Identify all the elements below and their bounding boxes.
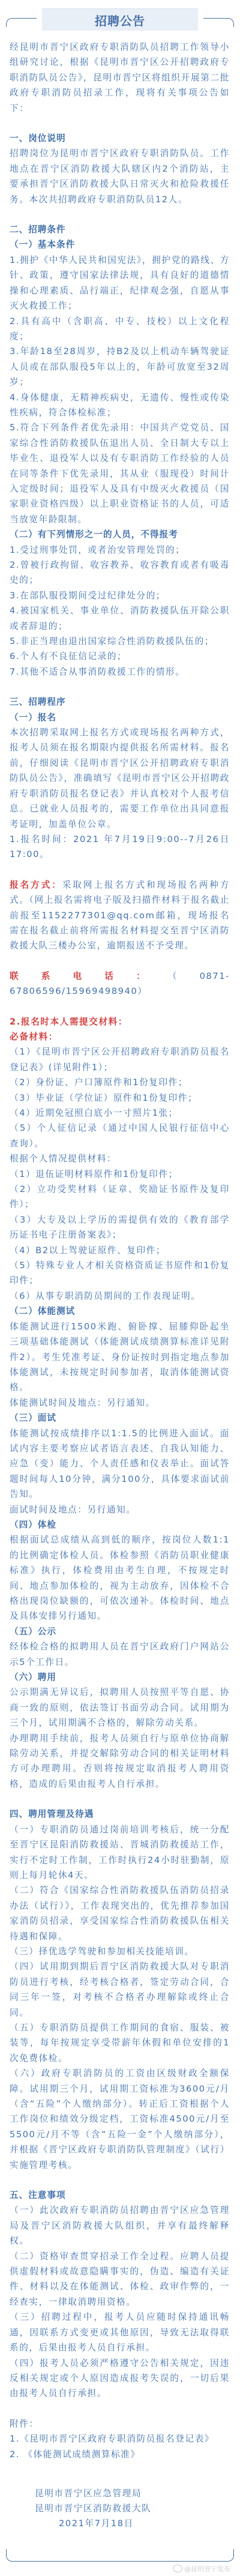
frame-bottom bbox=[6, 2549, 234, 2562]
list-item: （三）择优选学驾驶和参加相关技能培训。 bbox=[10, 1944, 230, 1959]
registration-method-text: 采取网上报名方式和现场报名两种方式。（网上报名需将电子版及扫描件材料于报名截止前… bbox=[10, 880, 230, 951]
subheading-fitness-test: （二）体能测试 bbox=[10, 1304, 230, 1319]
contact-phone-numbers: 67806596/15969498940） bbox=[10, 984, 230, 999]
contact-phone-row: 联 系 电 话 ： （ 0871- bbox=[10, 969, 230, 984]
registration-paragraph: 本次招聘采取网上报名方式或现场报名两种方式，报考人员须在报名期限内提供报名所需材… bbox=[10, 725, 230, 832]
list-item: （四）试用期到期后晋宁区消防救援大队对专职消防员进行考核，经考核合格者，签定劳动… bbox=[10, 1959, 230, 2020]
attachment-link[interactable]: 1.《昆明市晋宁区政府专职消防员报名登记表》 bbox=[10, 2431, 230, 2446]
list-item: （三）招聘过程中，报考人员应随时保持通讯畅通，因联系方式变更或其他原因，导致无法… bbox=[10, 2310, 230, 2355]
frame-corner-right bbox=[203, 18, 234, 27]
list-item: （3）毕业证（学位证）原件和1份复印件； bbox=[10, 1091, 230, 1106]
signature-org-1: 昆明市晋宁区应急管理局 bbox=[35, 2486, 240, 2501]
list-item: 4.被国家机关、事业单位、消防救援队伍开除公职或者辞退的； bbox=[10, 603, 230, 634]
weibo-icon bbox=[173, 2565, 182, 2572]
registration-method-label: 报名方式： bbox=[10, 880, 62, 890]
required-materials-heading: 必备材料： bbox=[10, 1029, 230, 1044]
list-item: （二）资格审查贯穿招录工作全过程。应聘人员提供虚假材料或故意隐瞒事实的，伪造、编… bbox=[10, 2249, 230, 2310]
watermark: @昆明晋宁发布 bbox=[173, 2564, 230, 2574]
registration-time: 1.报名时间：2021 年7月19日9:00--7月26日17:00。 bbox=[10, 832, 230, 862]
materials-heading: 2.报名时本人需提交材料： bbox=[10, 1014, 230, 1029]
section-heading-positions: 一、岗位说明 bbox=[10, 131, 230, 146]
subheading-medical: （四）体检 bbox=[10, 1517, 230, 1532]
registration-method: 报名方式：采取网上报名方式和现场报名两种方式。（网上报名需将电子版及扫描件材料于… bbox=[10, 877, 230, 954]
section-heading-procedure: 三、招聘程序 bbox=[10, 694, 230, 709]
list-item: （一）此次政府专职消防员招聘由晋宁区应急管理局及晋宁区消防救援大队组织，并享有最… bbox=[10, 2203, 230, 2248]
fitness-paragraph: 体能测试进行1500米跑、俯卧撑、屈膝仰卧起坐三项基础体能测试（体能测试成绩测算… bbox=[10, 1319, 230, 1395]
list-item: 6.个人有不良征信记录的； bbox=[10, 649, 230, 664]
list-item: （5）特殊专业人才相关资格资质证书原件和1份复印件； bbox=[10, 1258, 230, 1289]
list-item: 7.其他不适合从事消防救援工作的情形。 bbox=[10, 664, 230, 679]
list-item: （1）退伍证明材料原件和1份复印件； bbox=[10, 1167, 230, 1182]
hiring-paragraph-2: 办理聘用手续前，报考人员须自行与原单位协商解除劳动关系，并提交解除劳动合同的相关… bbox=[10, 1731, 230, 1792]
interview-time-place: 面试时间及地点：另行通知。 bbox=[10, 1502, 230, 1517]
positions-paragraph: 招聘岗位为昆明市晋宁区政府专职消防队员。工作地点在晋宁区消防救援大队辖区内2个消… bbox=[10, 146, 230, 207]
signature-block: 昆明市晋宁区应急管理局 昆明市晋宁区消防救援大队 2021年7月18日 bbox=[0, 2486, 240, 2531]
watermark-text: @昆明晋宁发布 bbox=[184, 2564, 230, 2574]
optional-materials-heading: 根据个人情况提供材料： bbox=[10, 1151, 230, 1166]
subheading-publicity: （五）公示 bbox=[10, 1624, 230, 1639]
list-item: 3.在部队服役期间受过纪律处分的； bbox=[10, 588, 230, 603]
attachment-link[interactable]: 2. 《体能测试成绩测算标准》 bbox=[10, 2447, 230, 2462]
contact-phone: 0871- bbox=[200, 969, 230, 984]
hiring-paragraph-1: 公示期满无异议后，拟聘用人员按照平等自愿、协商一致的原则，依法签订书面劳动合同。… bbox=[10, 1685, 230, 1730]
section-heading-requirements: 二、招聘条件 bbox=[10, 222, 230, 237]
list-item: 3.年龄18至28周岁，持B2及以上机动车辆驾驶证人员或在部队服役5年以上的，年… bbox=[10, 344, 230, 390]
list-item: 4.身体健康，无精神疾病史，无遗传、慢性或传染性疾病，符合体检标准； bbox=[10, 390, 230, 421]
list-item: （一）专职消防员通过岗前培训考核后，统一分配至晋宁区昆阳消防救援站、晋城消防救援… bbox=[10, 1822, 230, 1883]
list-item: （四）报考人员必须严格遵守公告相关规定，因违反相关规定或个人原因造成报考失误的，… bbox=[10, 2356, 230, 2401]
list-item: （6）从事专职消防员期间的工作表现证明。 bbox=[10, 1289, 230, 1304]
list-item: （4）B2以上驾驶证原件、复印件； bbox=[10, 1243, 230, 1258]
list-item: （5）个人征信记录（通过中国人民银行征信中心查询）。 bbox=[10, 1121, 230, 1151]
list-item: （1）《昆明市晋宁区公开招聘政府专职消防员报名登记表》(详见附件1）； bbox=[10, 1044, 230, 1075]
list-item: （六）政府专职消防员的工资由区级财政全额保障。试用期三个月，试用期工资标准为36… bbox=[10, 2066, 230, 2173]
fitness-time-place: 体能测试时间及地点：另行通知。 bbox=[10, 1395, 230, 1410]
list-item: （2）立功受奖材料（证章、奖励证书原件及复印件）； bbox=[10, 1182, 230, 1212]
subheading-interview: （三）面试 bbox=[10, 1410, 230, 1425]
frame-corner-left bbox=[6, 18, 37, 27]
signature-org-2: 昆明市晋宁区消防救援大队 bbox=[35, 2501, 240, 2516]
list-item: （3）大专及以上学历的需提供有效的《教育部学历证书电子注册备案表》； bbox=[10, 1212, 230, 1243]
list-item: 1.拥护《中华人民共和国宪法》，拥护党的路线、方针、政策，遵守国家法律法规，具有… bbox=[10, 253, 230, 314]
list-item: （五）专职消防员提供工作期间的食宿、服装、被装等，每年按规定享受带薪年休假和单位… bbox=[10, 2020, 230, 2066]
signature-date: 2021年7月18日 bbox=[35, 2516, 240, 2531]
subheading-basic-conditions: （一）基本条件 bbox=[10, 237, 230, 252]
announcement-body: 经昆明市晋宁区政府专职消防队员招聘工作领导小组研究讨论，根据《昆明市晋宁区公开招… bbox=[0, 40, 240, 2462]
list-item: （4）近期免冠照白底小一寸照片1张； bbox=[10, 1106, 230, 1121]
subheading-hiring: （六）聘用 bbox=[10, 1670, 230, 1685]
intro-paragraph: 经昆明市晋宁区政府专职消防队员招聘工作领导小组研究讨论，根据《昆明市晋宁区公开招… bbox=[10, 40, 230, 116]
list-item: 2.曾被行政拘留、收容教养、收容教育或者有吸毒史的； bbox=[10, 558, 230, 588]
list-item: 1.受过刑事处罚，或者治安管理处罚的； bbox=[10, 543, 230, 558]
title-box: 招聘公告 bbox=[42, 8, 198, 31]
page-title: 招聘公告 bbox=[95, 11, 145, 29]
subheading-registration: （一）报名 bbox=[10, 710, 230, 725]
subheading-disqualifications: （二）有下列情形之一的人员，不得报考 bbox=[10, 527, 230, 542]
title-banner: 招聘公告 bbox=[0, 8, 240, 40]
list-item: （2）身份证、户口簿原件和1份复印件； bbox=[10, 1075, 230, 1090]
announcement-page: 招聘公告 经昆明市晋宁区政府专职消防队员招聘工作领导小组研究讨论，根据《昆明市晋… bbox=[0, 8, 240, 2576]
list-item: （二）符合《国家综合性消防救援队伍消防员招录办法（试行）》，工作表现突出的，优先… bbox=[10, 1883, 230, 1944]
list-item: 5.非正当理由退出国家综合性消防救援队伍的； bbox=[10, 634, 230, 649]
publicity-paragraph: 经体检合格的拟聘用人员在晋宁区政府门户网站公示5个工作日。 bbox=[10, 1639, 230, 1670]
attachments-label: 附件： bbox=[10, 2416, 230, 2431]
section-heading-notes: 五、注意事项 bbox=[10, 2188, 230, 2203]
medical-paragraph: 根据面试总成绩从高到低的顺序，按岗位人数1:1的比例确定体检人员。体检参照《消防… bbox=[10, 1532, 230, 1624]
list-item: 5.符合下列条件者优先录用：中国共产党党员、国家综合性消防救援队伍退出人员、全日… bbox=[10, 420, 230, 527]
section-heading-management: 四、聘用管理及待遇 bbox=[10, 1807, 230, 1822]
list-item: 2.具有高中（含职高、中专、技校）以上文化程度； bbox=[10, 314, 230, 345]
interview-paragraph: 体能测试按成绩排序以1:1.5的比例进入面试。面试内容主要考察应试者语言表述、自… bbox=[10, 1426, 230, 1502]
